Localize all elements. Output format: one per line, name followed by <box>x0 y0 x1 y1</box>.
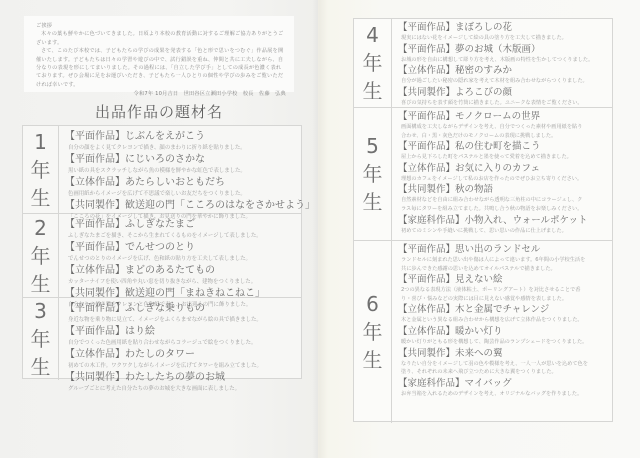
work-desc: お城の形を自由に構想して彫り方を考え、木版画の特性を生かしてつくりました。 <box>398 56 608 65</box>
work-category: 【平面作品】 <box>398 274 455 285</box>
work-category: 【共同製作】 <box>398 184 455 195</box>
work-category: 【共同製作】 <box>65 372 125 383</box>
work-desc: 色画用紙からイメージを広げて不思議で楽しいお友だちをつくりました。 <box>65 190 297 199</box>
works-list: 【平面作品】ふしぎな乗りもの 身近な物を乗り物に見立て、イメージをふくらませなが… <box>65 302 297 394</box>
work-title: 【立体作品】あたらしいおともだち <box>65 176 297 190</box>
work-name: 見えない絵 <box>455 274 503 285</box>
grade-nen: 年 <box>363 49 383 77</box>
works-list: 【平面作品】まぼろしの花 現実にはない花をイメージして絵の具の塗り方を工夫して描… <box>398 21 608 107</box>
work-title: 【平面作品】モノクロームの世界 <box>398 110 608 123</box>
work-category: 【平面作品】 <box>398 44 455 55</box>
grade-sei: 生 <box>31 353 51 381</box>
work-desc: カッターナイフを使い四角や丸い窓を切り抜きながら、建物をつくりました。 <box>65 278 297 287</box>
works-list: 【平面作品】ふしぎなたまご ふしぎなたまごを描き、そこから生まれてくるものをイメ… <box>65 218 297 310</box>
work-category: 【平面作品】 <box>65 242 125 253</box>
work-name: まぼろしの花 <box>455 22 512 33</box>
work-name: マイバッグ <box>465 378 512 389</box>
work-category: 【平面作品】 <box>65 326 125 337</box>
work-title: 【平面作品】ふしぎな乗りもの <box>65 302 297 316</box>
grade-nen: 年 <box>31 156 51 184</box>
work-desc: 理想のカフェをイメージして私のお店を作ったのでぜひお立ち寄りください。 <box>398 175 608 184</box>
work-name: 思い出のランドセル <box>455 244 540 255</box>
work-title: 【平面作品】見えない絵 <box>398 273 608 286</box>
work-category: 【家庭科作品】 <box>398 215 465 226</box>
work-title: 【立体作品】わたしのタワー <box>65 348 297 362</box>
grade-label-2: 2 年 生 <box>23 214 59 297</box>
work-title: 【立体作品】まどのあるたてもの <box>65 264 297 278</box>
grade-label-4: 4 年 生 <box>354 19 392 107</box>
work-title: 【平面作品】まぼろしの花 <box>398 21 608 34</box>
work-category: 【平面作品】 <box>65 131 125 142</box>
work-name: 歓送迎の門「こころのはなをさかせよう」 <box>125 200 315 211</box>
work-desc: ふしぎなたまごを描き、そこから生まれてくるものをイメージして表しました。 <box>65 232 297 241</box>
grade-number: 1 <box>34 128 47 156</box>
work-name: でんせつのとり <box>125 242 195 253</box>
greeting-paragraph-2: さて、このたび本校では、子どもたちの学びの成果を発表する「色と形で思いをつむぐ」… <box>36 47 286 89</box>
greeting-paragraph-1: 木々の葉も鮮やかに色づいてきました。日頃より本校の教育活動に対するご理解ご協力あ… <box>36 30 286 47</box>
grade-label-5: 5 年 生 <box>354 108 392 240</box>
grade-table-left: 1 年 生 【平面作品】じぶんをえがこう 自分の顔をよく見てクレヨンで描き、顔の… <box>22 125 302 379</box>
work-name: 未来への翼 <box>455 348 503 359</box>
work-name: 秋の物語 <box>455 184 493 195</box>
work-name: ふしぎなたまご <box>125 219 195 230</box>
work-title: 【平面作品】にじいろのさかな <box>65 153 297 167</box>
work-name: 木と金属でチャレンジ <box>455 304 549 315</box>
grade-label-6: 6 年 生 <box>354 241 392 423</box>
grade-row-5: 5 年 生 【平面作品】モノクロームの世界 画面構成を工夫しながらデザインを考え… <box>354 108 612 241</box>
work-desc: 画面構成を工夫しながらデザインを考え、自分でつくった素材や画用紙を貼り <box>398 123 608 132</box>
grade-number: 3 <box>34 297 47 325</box>
work-name: まどのあるたてもの <box>125 265 215 276</box>
work-title: 【平面作品】はり絵 <box>65 325 297 339</box>
grade-sei: 生 <box>363 77 383 105</box>
work-title: 【共同製作】歓送迎の門「こころのはなをさかせよう」 <box>65 199 297 213</box>
grade-nen: 年 <box>31 242 51 270</box>
work-desc: 現実にはない花をイメージして絵の具の塗り方を工夫して描きました。 <box>398 34 608 43</box>
work-name: ふしぎな乗りもの <box>125 303 205 314</box>
grade-row-4: 4 年 生 【平面作品】まぼろしの花 現実にはない花をイメージして絵の具の塗り方… <box>354 19 612 108</box>
work-title: 【平面作品】私の住む町を描こう <box>398 140 608 153</box>
work-desc: 2つの異なる表現方法（液体粘土、ポーリングアート）を対比させることで香 <box>398 286 608 295</box>
work-category: 【立体作品】 <box>65 177 125 188</box>
greeting-block: ご挨拶 木々の葉も鮮やかに色づいてきました。日頃より本校の教育活動に対するご理解… <box>24 16 294 92</box>
work-title: 【共同製作】わたしたちの夢のお城 <box>65 371 297 385</box>
work-desc: り・喜び・悩みなどの実際には目に見えない感覚や感情を表しました。 <box>398 295 608 304</box>
work-desc: 木と金属という異なる組み合わせから構想を広げて立体作品をつくりました。 <box>398 316 608 325</box>
work-title: 【立体作品】秘密のすみか <box>398 64 608 77</box>
work-category: 【平面作品】 <box>65 219 125 230</box>
grade-number: 2 <box>34 214 47 242</box>
work-desc: 自然素材などを自由に組み合わせながら透明な三角柱の中にコラージュし、ク <box>398 196 608 205</box>
work-category: 【立体作品】 <box>398 65 455 76</box>
work-category: 【立体作品】 <box>398 326 455 337</box>
work-name: じぶんをえがこう <box>125 131 205 142</box>
work-name: 小物入れ、ウォールポケット <box>465 215 588 226</box>
work-category: 【立体作品】 <box>65 265 125 276</box>
work-desc: 合わせ、白・黒・灰色だけのモノクロームの表現に挑戦しました。 <box>398 132 608 141</box>
grade-label-1: 1 年 生 <box>23 126 59 213</box>
work-category: 【立体作品】 <box>65 349 125 360</box>
grade-number: 4 <box>366 21 379 49</box>
work-desc: 初めての木工作。ワクワクしながらイメージを広げてタワーを組み立てました。 <box>65 362 297 371</box>
work-name: 秘密のすみか <box>455 65 512 76</box>
work-title: 【立体作品】お気に入りのカフェ <box>398 162 608 175</box>
work-title: 【立体作品】暖かい灯り <box>398 325 608 338</box>
greeting-signature: 令和7年 10月吉日 世田谷区立瀬田小学校 校長 佐藤 弘典 <box>36 90 286 98</box>
work-name: モノクロームの世界 <box>455 111 540 122</box>
work-desc: でんせつのとりのイメージを広げ、色和紙の貼り方を工夫して表しました。 <box>65 255 297 264</box>
work-name: 暖かい灯り <box>455 326 503 337</box>
work-category: 【平面作品】 <box>398 244 455 255</box>
work-desc: ラス毎にタワーを組み立てました。共鳴し合う秋の物語をお楽しみください。 <box>398 205 608 214</box>
works-list: 【平面作品】思い出のランドセル ランドセルに刻まれた思い出や傷は人によって違いま… <box>398 243 608 398</box>
grade-row-3: 3 年 生 【平面作品】ふしぎな乗りもの 身近な物を乗り物に見立て、イメージをふ… <box>23 298 301 380</box>
work-name: あたらしいおともだち <box>125 177 225 188</box>
work-title: 【共同製作】よろこびの顔 <box>398 86 608 99</box>
work-desc: 自分が過ごしたい秘密の隠れ家を考えて木材を組み合わせながらつくりました。 <box>398 77 608 86</box>
work-desc: ランドセルに刻まれた思い出や傷は人によって違います。6年間の小学校生活を <box>398 256 608 265</box>
work-title: 【平面作品】思い出のランドセル <box>398 243 608 256</box>
greeting-heading: ご挨拶 <box>36 22 286 30</box>
work-desc: 黒い紙の具をスクラッチしながら魚の模様を鮮やかな虹色で表しました。 <box>65 167 297 176</box>
grade-sei: 生 <box>363 188 383 216</box>
work-desc: 塗り、それぞれの未来へ飛び立つために大きな翼をつくりました。 <box>398 368 608 377</box>
work-desc: 屋上から見下ろした町をパステルと墨を使って愛着を込めて描きました。 <box>398 153 608 162</box>
grade-row-6: 6 年 生 【平面作品】思い出のランドセル ランドセルに刻まれた思い出や傷は人に… <box>354 241 612 423</box>
work-desc: 自分の顔をよく見てクレヨンで描き、顔のまわりに折り紙を貼りました。 <box>65 144 297 153</box>
grade-row-2: 2 年 生 【平面作品】ふしぎなたまご ふしぎなたまごを描き、そこから生まれてく… <box>23 214 301 298</box>
work-category: 【平面作品】 <box>65 303 125 314</box>
work-title: 【共同製作】秋の物語 <box>398 183 608 196</box>
work-category: 【平面作品】 <box>398 111 455 122</box>
work-category: 【共同製作】 <box>398 348 455 359</box>
works-list: 【平面作品】モノクロームの世界 画面構成を工夫しながらデザインを考え、自分でつく… <box>398 110 608 235</box>
works-list: 【平面作品】じぶんをえがこう 自分の顔をよく見てクレヨンで描き、顔のまわりに折り… <box>65 130 297 222</box>
work-category: 【平面作品】 <box>65 154 125 165</box>
work-category: 【立体作品】 <box>398 304 455 315</box>
work-name: 私の住む町を描こう <box>455 141 541 152</box>
grade-nen: 年 <box>363 318 383 346</box>
work-name: よろこびの顔 <box>455 87 512 98</box>
work-category: 【平面作品】 <box>398 22 455 33</box>
work-title: 【家庭科作品】マイバッグ <box>398 377 608 390</box>
work-name: わたしのタワー <box>125 349 195 360</box>
work-title: 【共同製作】未来への翼 <box>398 347 608 360</box>
grade-row-1: 1 年 生 【平面作品】じぶんをえがこう 自分の顔をよく見てクレヨンで描き、顔の… <box>23 126 301 214</box>
work-category: 【家庭科作品】 <box>398 378 465 389</box>
work-title: 【立体作品】木と金属でチャレンジ <box>398 303 608 316</box>
work-desc: 自分でつくった色画用紙を貼り合わせながらコラージュで絵をつくりました。 <box>65 339 297 348</box>
grade-nen: 年 <box>31 325 51 353</box>
work-title: 【平面作品】夢のお城（木版画） <box>398 43 608 56</box>
work-desc: グループごとに考えた自分たちの夢のお城を大きな画面に表しました。 <box>65 385 297 394</box>
grade-sei: 生 <box>31 184 51 212</box>
work-category: 【共同製作】 <box>65 200 125 211</box>
work-name: 夢のお城（木版画） <box>455 44 541 55</box>
grade-table-right: 4 年 生 【平面作品】まぼろしの花 現実にはない花をイメージして絵の具の塗り方… <box>353 18 613 422</box>
work-title: 【平面作品】でんせつのとり <box>65 241 297 255</box>
grade-label-3: 3 年 生 <box>23 298 59 380</box>
grade-number: 6 <box>366 290 379 318</box>
work-desc: 初めてのミシンや手縫いに挑戦して、思い思いの作品に仕上げました。 <box>398 227 608 236</box>
work-desc: お弁当箱を入れるためのデザインを考え、オリジナルなバッグを作りました。 <box>398 390 608 399</box>
page-title: 出品作品の題材名 <box>0 101 318 122</box>
grade-sei: 生 <box>363 346 383 374</box>
work-desc: 身近な物を乗り物に見立て、イメージをふくらませながら絵の具で描きました。 <box>65 316 297 325</box>
grade-number: 5 <box>366 132 379 160</box>
work-name: わたしたちの夢のお城 <box>125 372 225 383</box>
work-category: 【平面作品】 <box>398 141 455 152</box>
work-category: 【立体作品】 <box>398 163 455 174</box>
grade-nen: 年 <box>363 160 383 188</box>
work-desc: 共に歩んできた感謝の思いを込めてオイルパステルで描きました。 <box>398 265 608 274</box>
work-desc: 暖かい灯りがともる形を構想して、陶芸作品のランプシェードをつくりました。 <box>398 338 608 347</box>
work-name: にじいろのさかな <box>125 154 205 165</box>
work-title: 【家庭科作品】小物入れ、ウォールポケット <box>398 214 608 227</box>
work-name: お気に入りのカフェ <box>455 163 540 174</box>
work-desc: なりたい自分をイメージして羽の色や模様を考え、一人一人が思いを込めて色を <box>398 360 608 369</box>
work-title: 【平面作品】じぶんをえがこう <box>65 130 297 144</box>
work-title: 【平面作品】ふしぎなたまご <box>65 218 297 232</box>
page-fold <box>312 0 328 458</box>
work-category: 【共同製作】 <box>398 87 455 98</box>
grade-sei: 生 <box>31 270 51 298</box>
work-name: はり絵 <box>125 326 155 337</box>
work-desc: 喜びの気持ちを表す顔を竹筒に描きました。ユニークな表情をご覧ください。 <box>398 99 608 108</box>
